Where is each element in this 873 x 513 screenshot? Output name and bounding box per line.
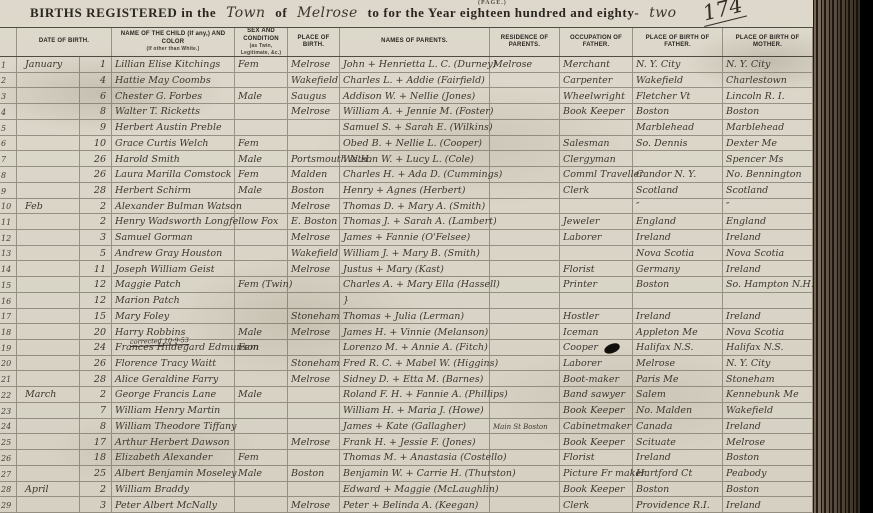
cell-residence [490,261,560,276]
cell-parents: Samuel S. + Sarah E. (Wilkins) [340,120,490,135]
cell-name: Albert Benjamin Moseley [112,466,235,481]
cell-parents: Charles A. + Mary Ella (Hassell) [340,277,490,292]
cell-name: Mary Foley [112,309,235,324]
cell-no: 29 [0,497,17,512]
cell-parents: Obed B. + Nellie L. (Cooper) [340,136,490,151]
cell-place [288,340,340,355]
cell-sex [235,356,288,371]
register-row: 1512Maggie PatchFem (Twin)Charles A. + M… [0,277,813,293]
cell-month [17,151,80,166]
cell-name: William Braddy [112,482,235,497]
cell-month [17,230,80,245]
register-row: 2618Elizabeth AlexanderFemThomas M. + An… [0,450,813,466]
cell-residence [490,151,560,166]
cell-occupation: Book Keeper [560,482,633,497]
cell-mother_birthplace: Nova Scotia [723,246,813,261]
cell-name: Peter Albert McNally [112,497,235,512]
cell-mother_birthplace: Lincoln R. I. [723,88,813,103]
cell-place: Melrose [288,230,340,245]
cell-month [17,371,80,386]
cell-place [288,136,340,151]
cell-sex: Fem [235,57,288,72]
cell-parents: William J. + Mary B. (Smith) [340,246,490,261]
register-row: 1612Marion Patch} [0,293,813,309]
cell-parents: Watson W. + Lucy L. (Cole) [340,151,490,166]
cell-father_birthplace: Melrose [633,356,723,371]
cell-place [288,277,340,292]
cell-no: 20 [0,356,17,371]
cell-month [17,246,80,261]
title-year-handwritten: two [649,5,676,21]
cell-sex: Male [235,88,288,103]
cell-parents: Edward + Maggie (McLaughlin) [340,482,490,497]
cell-occupation: Laborer [560,230,633,245]
cell-mother_birthplace: N. Y. City [723,356,813,371]
cell-mother_birthplace: Marblehead [723,120,813,135]
cell-month [17,450,80,465]
register-row: 1924Frances Hildegard Edmunsoncorrected … [0,340,813,356]
cell-no: 27 [0,466,17,481]
cell-occupation: Book Keeper [560,104,633,119]
register-rows: 1January1Lillian Elise KitchingsFemMelro… [0,57,813,513]
cell-day: 5 [80,246,112,261]
cell-father_birthplace: Boston [633,482,723,497]
cell-occupation: Hostler [560,309,633,324]
cell-sex: Male [235,183,288,198]
cell-name: Lillian Elise Kitchings [112,57,235,72]
header-names-of-parents: NAMES OF PARENTS. [340,28,490,56]
cell-mother_birthplace: Peabody [723,466,813,481]
register-row: 22March2George Francis LaneMaleRoland F.… [0,387,813,403]
cell-place: Melrose [288,497,340,512]
register-row: 610Grace Curtis WelchFemObed B. + Nellie… [0,136,813,152]
register-row: 1411Joseph William GeistMelroseJustus + … [0,261,813,277]
cell-place: Stoneham [288,356,340,371]
cell-month [17,356,80,371]
cell-month [17,466,80,481]
register-row: 2725Albert Benjamin MoseleyMaleBostonBen… [0,466,813,482]
cell-no: 15 [0,277,17,292]
register-row: 59Herbert Austin PrebleSamuel S. + Sarah… [0,120,813,136]
cell-mother_birthplace: Boston [723,104,813,119]
cell-sex: Fem [235,136,288,151]
cell-place: Saugus [288,88,340,103]
cell-no: 26 [0,450,17,465]
cell-residence [490,340,560,355]
cell-occupation: Clergyman [560,151,633,166]
register-row: 48Walter T. RickettsMelroseWilliam A. + … [0,104,813,120]
cell-place: Melrose [288,104,340,119]
register-row: 726Harold SmithMalePortsmouth N.H.Watson… [0,151,813,167]
cell-father_birthplace: Wakefield [633,73,723,88]
cell-name: Florence Tracy Waitt [112,356,235,371]
cell-father_birthplace: ″ [633,199,723,214]
cell-place: Stoneham [288,309,340,324]
cell-father_birthplace: Providence R.I. [633,497,723,512]
cell-no: 11 [0,214,17,229]
cell-day: 9 [80,120,112,135]
cell-sex [235,120,288,135]
cell-no: 2 [0,73,17,88]
cell-no: 7 [0,151,17,166]
cell-no: 18 [0,324,17,339]
cell-day: 18 [80,450,112,465]
cell-sex [235,309,288,324]
cell-parents: Sidney D. + Etta M. (Barnes) [340,371,490,386]
handwritten-page-number: 174 [699,0,747,27]
cell-parents: James + Kate (Gallagher) [340,419,490,434]
cell-mother_birthplace: Wakefield [723,403,813,418]
cell-occupation: Clerk [560,497,633,512]
cell-month [17,73,80,88]
cell-day: 28 [80,371,112,386]
cell-no: 5 [0,120,17,135]
cell-no: 1 [0,57,17,72]
cell-name: Andrew Gray Houston [112,246,235,261]
cell-father_birthplace: Scituate [633,434,723,449]
cell-father_birthplace: Candor N. Y. [633,167,723,182]
cell-day: 28 [80,183,112,198]
cell-place: Melrose [288,371,340,386]
cell-month [17,136,80,151]
cell-mother_birthplace: Kennebunk Me [723,387,813,402]
cell-occupation: Picture Fr maker [560,466,633,481]
cell-name: Laura Marilla Comstock [112,167,235,182]
cell-name: Herbert Austin Preble [112,120,235,135]
cell-name: William Henry Martin [112,403,235,418]
cell-sex: Male [235,387,288,402]
cell-day: 1 [80,57,112,72]
cell-father_birthplace: Canada [633,419,723,434]
cell-name: Maggie Patch [112,277,235,292]
cell-day: 8 [80,104,112,119]
cell-place: E. Boston [288,214,340,229]
cell-residence [490,324,560,339]
cell-month [17,309,80,324]
cell-place [288,482,340,497]
cell-mother_birthplace: Charlestown [723,73,813,88]
cell-no: 19 [0,340,17,355]
title-of: of [275,5,287,20]
cell-father_birthplace: N. Y. City [633,57,723,72]
cell-month: January [17,57,80,72]
cell-name: Joseph William Geist [112,261,235,276]
cell-sex [235,497,288,512]
cell-residence [490,230,560,245]
cell-sex [235,482,288,497]
cell-day: 6 [80,88,112,103]
cell-day: 17 [80,434,112,449]
register-row: 928Herbert SchirmMaleBostonHenry + Agnes… [0,183,813,199]
cell-sex [235,104,288,119]
cell-month [17,183,80,198]
book-binding-edge [860,0,873,513]
cell-name: Harold Smith [112,151,235,166]
cell-month [17,324,80,339]
cell-occupation [560,293,633,308]
cell-no: 14 [0,261,17,276]
register-row: 826Laura Marilla ComstockFemMaldenCharle… [0,167,813,183]
cell-no: 4 [0,104,17,119]
cell-residence [490,482,560,497]
register-row: 2026Florence Tracy WaittStonehamFred R. … [0,356,813,372]
cell-occupation: Printer [560,277,633,292]
cell-occupation: Wheelwright [560,88,633,103]
cell-occupation: Comml Traveller [560,167,633,182]
cell-day: 2 [80,482,112,497]
cell-residence [490,434,560,449]
cell-no: 25 [0,434,17,449]
cell-occupation: Merchant [560,57,633,72]
cell-residence [490,356,560,371]
cell-no: 9 [0,183,17,198]
cell-mother_birthplace: Boston [723,450,813,465]
cell-occupation [560,199,633,214]
cell-residence [490,199,560,214]
cell-father_birthplace: Boston [633,277,723,292]
cell-day: 15 [80,309,112,324]
cell-place: Melrose [288,434,340,449]
cell-father_birthplace: Marblehead [633,120,723,135]
cell-place: Melrose [288,261,340,276]
cell-name: Walter T. Ricketts [112,104,235,119]
cell-father_birthplace: Salem [633,387,723,402]
cell-day: 12 [80,277,112,292]
cell-father_birthplace: Paris Me [633,371,723,386]
cell-mother_birthplace [723,293,813,308]
cell-sex [235,403,288,418]
cell-month [17,434,80,449]
cell-father_birthplace [633,293,723,308]
cell-day: 2 [80,214,112,229]
cell-mother_birthplace: Spencer Ms [723,151,813,166]
cell-place [288,419,340,434]
cell-place: Wakefield [288,73,340,88]
cell-no: 23 [0,403,17,418]
title-band: (PAGE.) BIRTHS REGISTERED in the Town of… [0,0,813,27]
cell-residence [490,309,560,324]
cell-parents: Justus + Mary (Kast) [340,261,490,276]
cell-mother_birthplace: Ireland [723,419,813,434]
cell-parents: Peter + Belinda A. (Keegan) [340,497,490,512]
cell-occupation: Iceman [560,324,633,339]
cell-sex: Fem (Twin) [235,277,288,292]
cell-parents: } [340,293,490,308]
cell-month [17,214,80,229]
cell-no: 3 [0,88,17,103]
cell-place: Melrose [288,57,340,72]
register-page-scan: (PAGE.) BIRTHS REGISTERED in the Town of… [0,0,873,513]
header-name-of-child: NAME OF THE CHILD (If any,) AND COLOR (I… [112,28,235,56]
cell-day: 7 [80,403,112,418]
cell-sex [235,261,288,276]
cell-parents: Charles L. + Addie (Fairfield) [340,73,490,88]
cell-occupation: Boot-maker [560,371,633,386]
cell-no: 28 [0,482,17,497]
cell-parents: Benjamin W. + Carrie H. (Thurston) [340,466,490,481]
cell-parents: James H. + Vinnie (Melanson) [340,324,490,339]
cell-parents: Thomas + Julia (Lerman) [340,309,490,324]
cell-occupation: Florist [560,450,633,465]
cell-parents: Henry + Agnes (Herbert) [340,183,490,198]
register-row: 248William Theodore TiffanyJames + Kate … [0,419,813,435]
cell-mother_birthplace: Melrose [723,434,813,449]
cell-name: Marion Patch [112,293,235,308]
cell-place: Boston [288,466,340,481]
register-row: 135Andrew Gray HoustonWakefieldWilliam J… [0,246,813,262]
cell-residence [490,214,560,229]
cell-sex [235,73,288,88]
cell-sex [235,293,288,308]
cell-no: 21 [0,371,17,386]
title-place-handwritten: Melrose [297,5,358,21]
cell-place: Portsmouth N.H. [288,151,340,166]
cell-sex [235,230,288,245]
cell-residence [490,277,560,292]
cell-father_birthplace: Hartford Ct [633,466,723,481]
cell-father_birthplace [633,151,723,166]
cell-occupation: Carpenter [560,73,633,88]
header-residence-of-parents: RESIDENCE OF PARENTS. [490,28,560,56]
cell-place [288,403,340,418]
cell-sex: Male [235,466,288,481]
cell-parents: Frank H. + Jessie F. (Jones) [340,434,490,449]
register-row: 10Feb2Alexander Bulman WatsonMelroseThom… [0,199,813,215]
cell-residence [490,497,560,512]
cell-father_birthplace: So. Dennis [633,136,723,151]
cell-place [288,293,340,308]
cell-occupation: Book Keeper [560,403,633,418]
cell-residence [490,371,560,386]
column-headers: DATE OF BIRTH. NAME OF THE CHILD (If any… [0,27,813,57]
cell-day: 2 [80,199,112,214]
cell-day: 8 [80,419,112,434]
cell-place [288,450,340,465]
cell-month: April [17,482,80,497]
cell-sex: Male [235,324,288,339]
cell-no: 6 [0,136,17,151]
cell-month: Feb [17,199,80,214]
cell-day: 2 [80,387,112,402]
header-sex-condition: SEX AND CONDITION (as Twin, Legitimate, … [235,28,288,56]
register-row: 123Samuel GormanMelroseJames + Fannie (O… [0,230,813,246]
cell-father_birthplace: Halifax N.S. [633,340,723,355]
cell-month [17,120,80,135]
cell-occupation: Cooper [560,340,633,355]
cell-name: Elizabeth Alexander [112,450,235,465]
cell-parents: Fred R. C. + Mabel W. (Higgins) [340,356,490,371]
header-birthplace-of-mother: PLACE OF BIRTH OF MOTHER. [723,28,813,56]
cell-name: Frances Hildegard Edmunsoncorrected 10-9… [112,340,235,355]
cell-place [288,120,340,135]
cell-residence [490,136,560,151]
cell-day: 26 [80,151,112,166]
cell-month [17,167,80,182]
register-row: 112Henry Wadsworth Longfellow FoxE. Bost… [0,214,813,230]
cell-occupation: Band sawyer [560,387,633,402]
cell-day: 25 [80,466,112,481]
cell-mother_birthplace: Scotland [723,183,813,198]
cell-name: Samuel Gorman [112,230,235,245]
cell-place [288,387,340,402]
cell-name: Alexander Bulman Watson [112,199,235,214]
cell-sex [235,419,288,434]
cell-parents: Thomas M. + Anastasia (Costello) [340,450,490,465]
cell-sex [235,246,288,261]
cell-month [17,88,80,103]
cell-father_birthplace: No. Malden [633,403,723,418]
cell-name: Alice Geraldine Farry [112,371,235,386]
cell-parents: William H. + Maria J. (Howe) [340,403,490,418]
cell-parents: Addison W. + Nellie (Jones) [340,88,490,103]
cell-name: Henry Wadsworth Longfellow Fox [112,214,235,229]
cell-occupation: Florist [560,261,633,276]
cell-occupation: Book Keeper [560,434,633,449]
cell-occupation: Jeweler [560,214,633,229]
cell-mother_birthplace: Boston [723,482,813,497]
register-row: 1820Harry RobbinsMaleMelroseJames H. + V… [0,324,813,340]
cell-parents: James + Fannie (O'Felsee) [340,230,490,245]
cell-father_birthplace: Ireland [633,230,723,245]
cell-occupation: Salesman [560,136,633,151]
cell-no: 10 [0,199,17,214]
cell-month [17,419,80,434]
cell-day: 3 [80,497,112,512]
cell-mother_birthplace: Stoneham [723,371,813,386]
title-printed-suffix: for the Year eighteen hundred and eighty… [383,5,639,20]
cell-father_birthplace: Scotland [633,183,723,198]
cell-sex [235,434,288,449]
cell-month [17,403,80,418]
cell-occupation [560,246,633,261]
cell-name: William Theodore Tiffany [112,419,235,434]
cell-day: 11 [80,261,112,276]
header-place-of-birth: PLACE OF BIRTH. [288,28,340,56]
cell-no: 12 [0,230,17,245]
cell-month [17,104,80,119]
cell-month [17,293,80,308]
header-occupation-of-father: OCCUPATION OF FATHER. [560,28,633,56]
cell-no: 17 [0,309,17,324]
cell-mother_birthplace: Ireland [723,230,813,245]
cell-sex: Fem [235,167,288,182]
cell-day: 24 [80,340,112,355]
cell-no: 16 [0,293,17,308]
cell-mother_birthplace: Ireland [723,261,813,276]
cell-residence [490,120,560,135]
title-to: to [368,5,380,20]
cell-father_birthplace: Germany [633,261,723,276]
cell-mother_birthplace: ″ [723,199,813,214]
cell-name: Hattie May Coombs [112,73,235,88]
cell-sex [235,371,288,386]
cell-residence [490,293,560,308]
page-title: BIRTHS REGISTERED in the Town of Melrose… [30,5,682,21]
cell-mother_birthplace: England [723,214,813,229]
register-row: 28April2William BraddyEdward + Maggie (M… [0,482,813,498]
title-town-handwritten: Town [226,5,265,21]
book-binding-gutter [813,0,873,513]
cell-father_birthplace: England [633,214,723,229]
cell-day: 10 [80,136,112,151]
cell-parents: Charles H. + Ada D. (Cummings) [340,167,490,182]
cell-mother_birthplace: So. Hampton N.H. [723,277,813,292]
cell-no: 13 [0,246,17,261]
register-row: 237William Henry MartinWilliam H. + Mari… [0,403,813,419]
cell-mother_birthplace: Dexter Me [723,136,813,151]
cell-parents: Thomas D. + Mary A. (Smith) [340,199,490,214]
register-row: 2517Arthur Herbert DawsonMelroseFrank H.… [0,434,813,450]
